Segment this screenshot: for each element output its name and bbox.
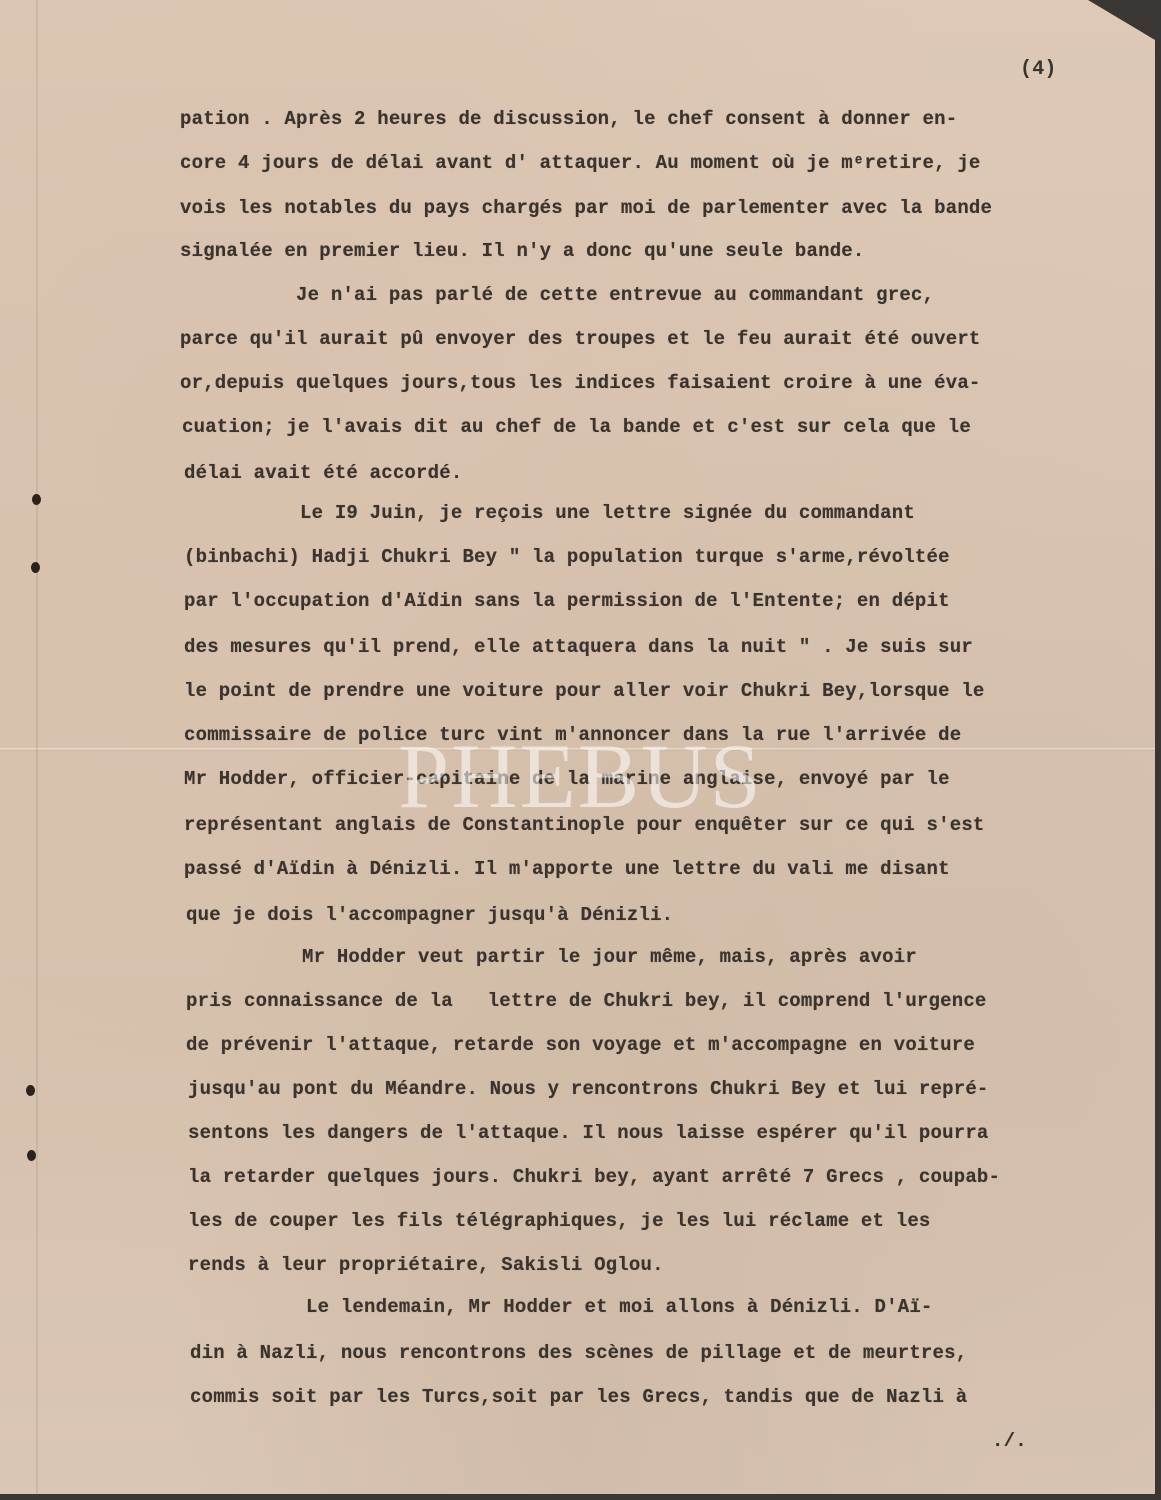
text-line: cuation; je l'avais dit au chef de la ba… <box>182 416 971 438</box>
text-line: (binbachi) Hadji Chukri Bey " la populat… <box>184 546 950 568</box>
text-line: vois les notables du pays chargés par mo… <box>180 197 992 219</box>
text-line: Le lendemain, Mr Hodder et moi allons à … <box>190 1296 933 1318</box>
text-line: sentons les dangers de l'attaque. Il nou… <box>188 1122 989 1144</box>
continuation-mark: ./. <box>992 1430 1027 1452</box>
typewritten-page: (4) pation . Après 2 heures de discussio… <box>0 0 1155 1494</box>
text-line: des mesures qu'il prend, elle attaquera … <box>184 636 973 658</box>
page-number: (4) <box>1020 58 1057 81</box>
text-line: din à Nazli, nous rencontrons des scènes… <box>190 1342 967 1364</box>
text-line: la retarder quelques jours. Chukri bey, … <box>188 1166 1000 1188</box>
text-line: délai avait été accordé. <box>184 462 462 484</box>
text-line: de prévenir l'attaque, retarde son voyag… <box>186 1034 975 1056</box>
text-line: commis soit par les Turcs,soit par les G… <box>190 1386 967 1408</box>
text-line: parce qu'il aurait pû envoyer des troupe… <box>180 328 981 350</box>
text-line: rends à leur propriétaire, Sakisli Oglou… <box>188 1254 664 1276</box>
text-line: que je dois l'accompagner jusqu'à Dénizl… <box>186 904 673 926</box>
text-line: Je n'ai pas parlé de cette entrevue au c… <box>180 284 934 306</box>
text-line: Mr Hodder, officier-capitaine de la mari… <box>184 768 950 790</box>
text-line: représentant anglais de Constantinople p… <box>184 814 985 836</box>
text-line: le point de prendre une voiture pour all… <box>184 680 985 702</box>
text-line: Mr Hodder veut partir le jour même, mais… <box>186 946 917 968</box>
text-line: core 4 jours de délai avant d' attaquer.… <box>180 152 981 174</box>
text-line: pation . Après 2 heures de discussion, l… <box>180 108 957 130</box>
text-line: pris connaissance de la lettre de Chukri… <box>186 990 987 1012</box>
text-line: par l'occupation d'Aïdin sans la permiss… <box>184 590 950 612</box>
text-line: passé d'Aïdin à Dénizli. Il m'apporte un… <box>184 858 950 880</box>
text-line: jusqu'au pont du Méandre. Nous y rencont… <box>188 1078 989 1100</box>
text-line: or,depuis quelques jours,tous les indice… <box>180 372 981 394</box>
text-line: signalée en premier lieu. Il n'y a donc … <box>180 240 865 262</box>
text-line: commissaire de police turc vint m'annonc… <box>184 724 961 746</box>
text-line: Le I9 Juin, je reçois une lettre signée … <box>184 502 915 524</box>
text-line: les de couper les fils télégraphiques, j… <box>188 1210 931 1232</box>
document-body: (4) pation . Après 2 heures de discussio… <box>0 0 1155 1494</box>
